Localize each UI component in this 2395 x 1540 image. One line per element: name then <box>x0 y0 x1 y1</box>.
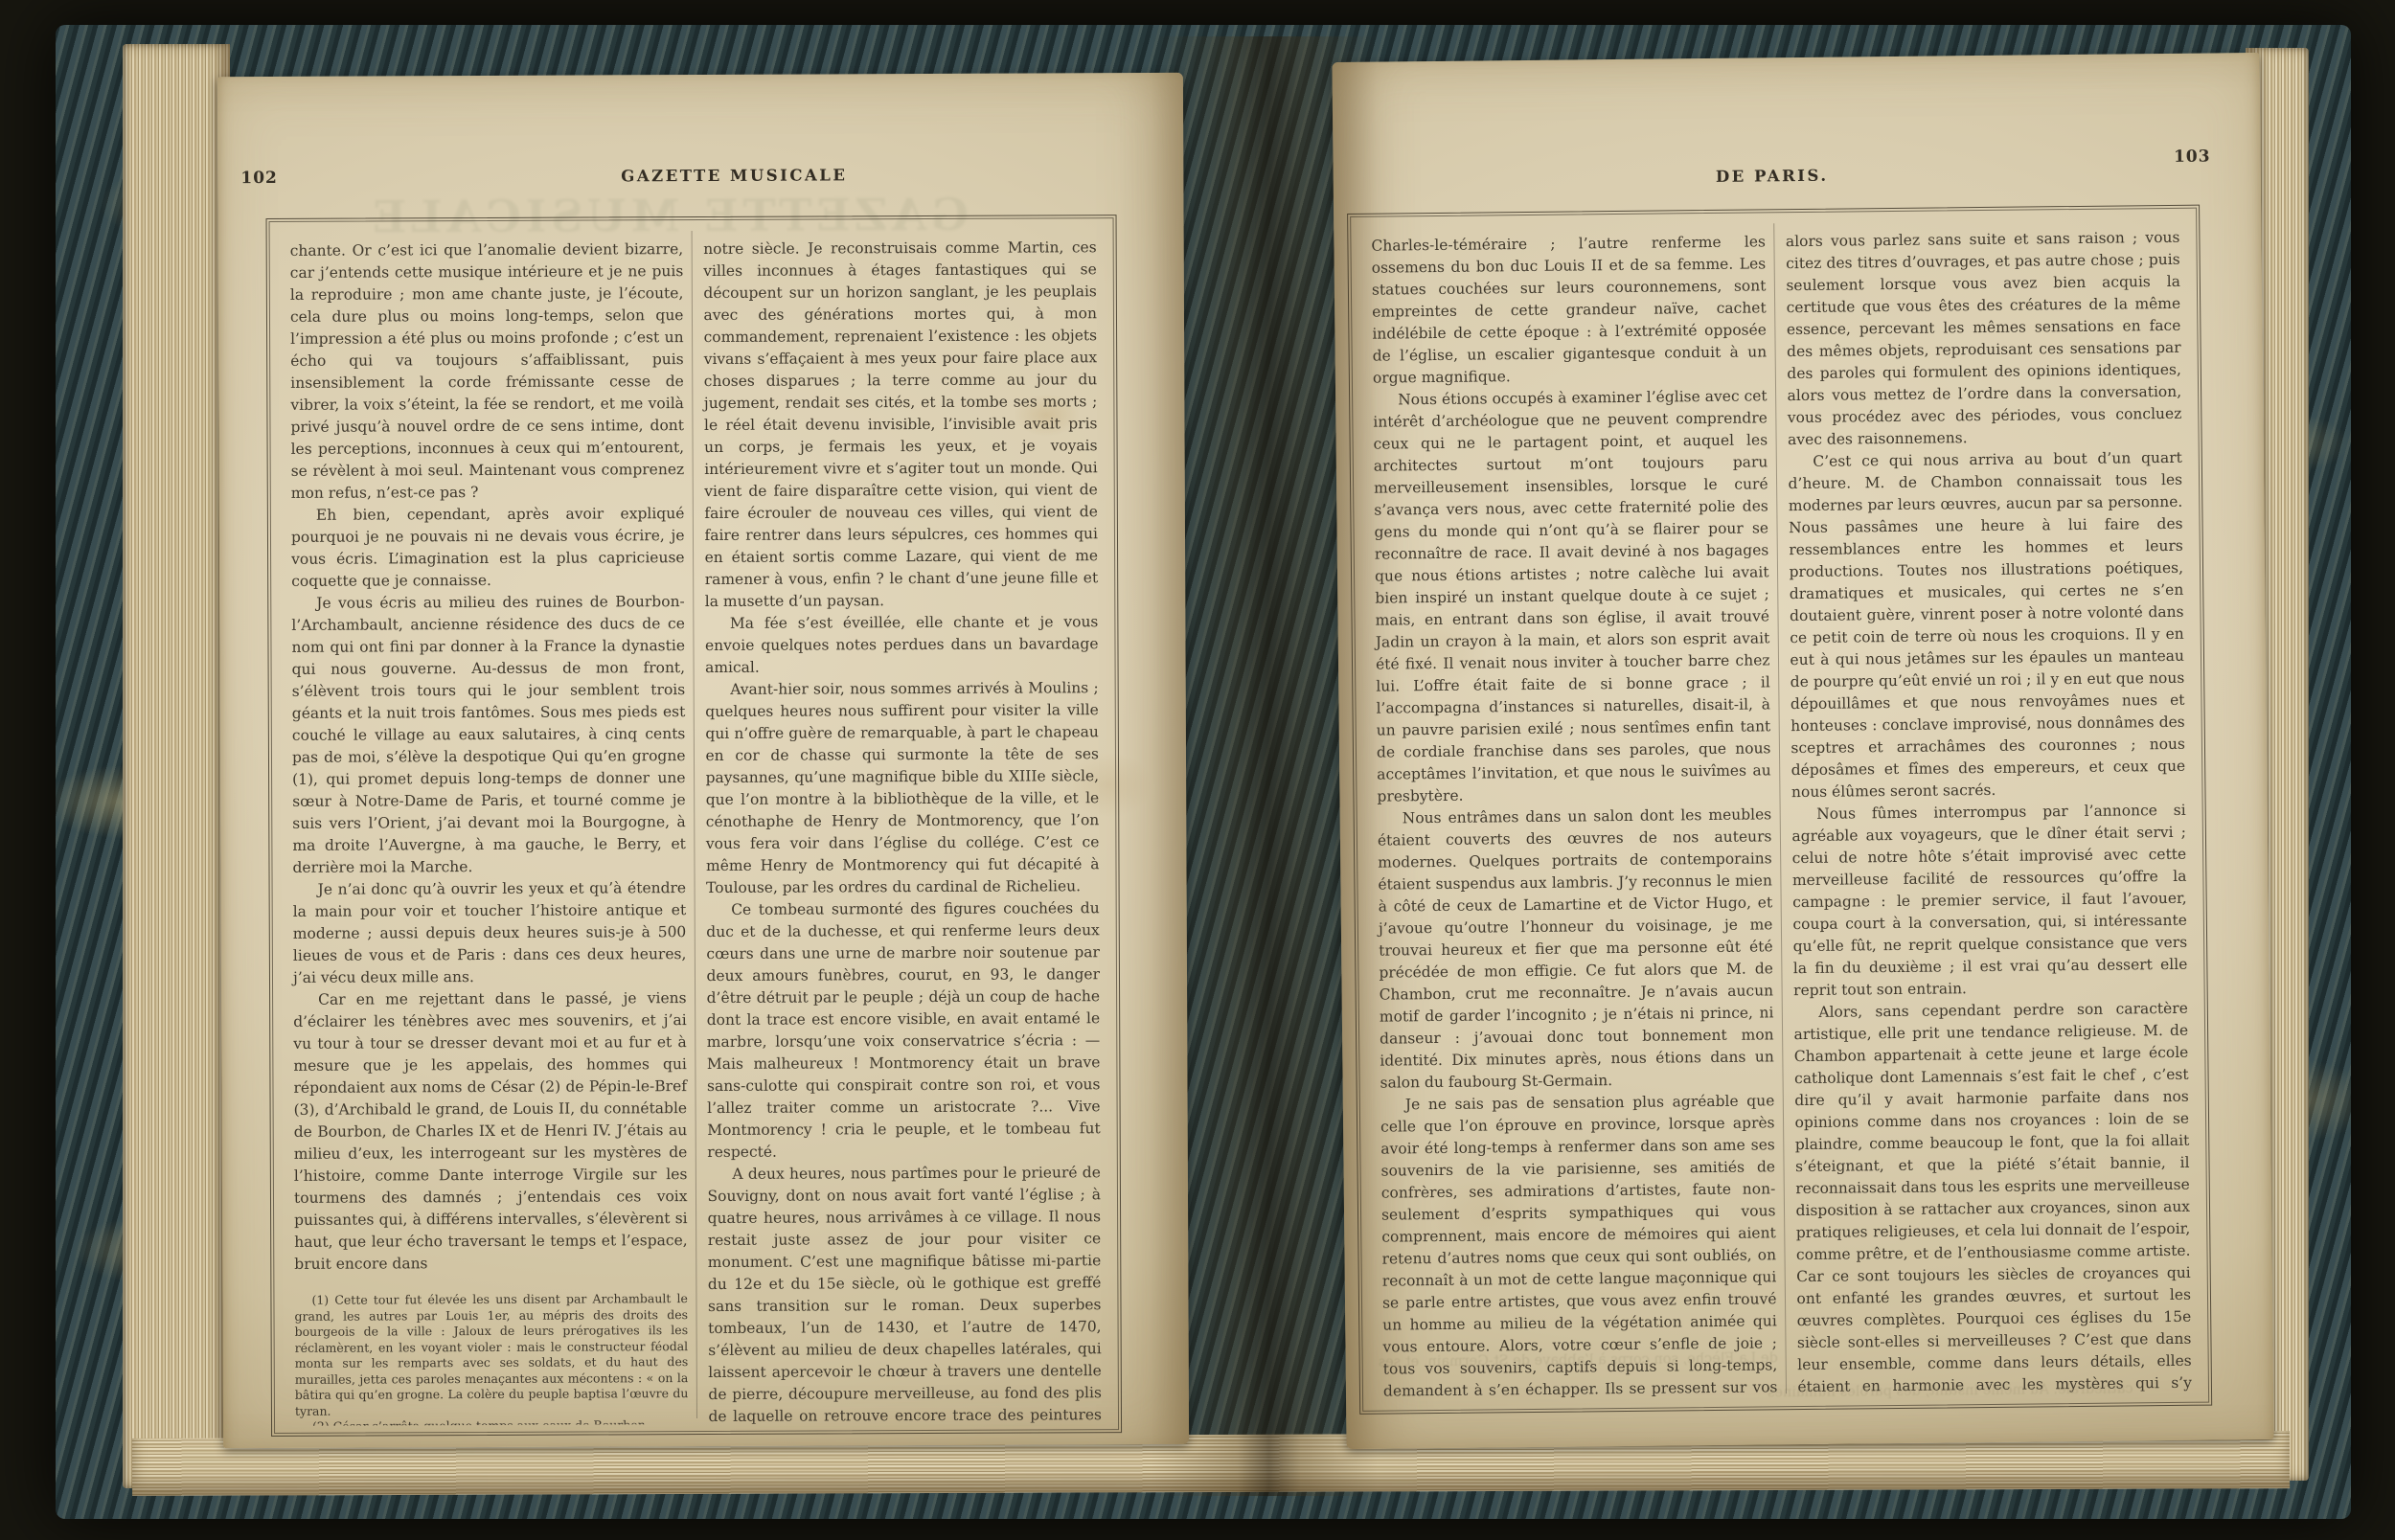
page-left: GAZETTE MUSICALE 102 GAZETTE MUSICALE ch… <box>217 73 1189 1448</box>
paragraph-block: Charles-le-téméraire ; l’autre renferme … <box>1371 231 1778 1403</box>
paragraph: Je n’ai donc qu’à ouvrir les yeux et qu’… <box>293 877 687 989</box>
paragraph-block: alors vous parlez sans suite et sans rai… <box>1786 227 2193 1399</box>
running-title: DE PARIS. <box>1347 163 2198 190</box>
text-column-2: notre siècle. Je reconstruisais comme Ma… <box>692 223 1109 1424</box>
footnote: (1) Cette tour fut élevée les uns disent… <box>294 1291 688 1419</box>
footnotes: (1) Cette tour fut élevée les uns disent… <box>294 1291 688 1426</box>
paragraph-block: chante. Or c’est ici que l’anomalie devi… <box>290 238 688 1276</box>
text-frame: Charles-le-téméraire ; l’autre renferme … <box>1347 205 2212 1415</box>
paragraph: A deux heures, nous partîmes pour le pri… <box>707 1162 1102 1424</box>
paragraph: chante. Or c’est ici que l’anomalie devi… <box>290 238 685 505</box>
footnote: (2) César s’arrêta quelque temps aux eau… <box>295 1417 689 1426</box>
paragraph: Ma fée s’est éveillée, elle chante et je… <box>705 611 1099 679</box>
page-right: 103 DE PARIS. Charles-le-téméraire ; l’a… <box>1332 53 2273 1449</box>
paragraph: C’est ce qui nous arriva au bout d’un qu… <box>1788 447 2185 804</box>
paragraph: Nous entrâmes dans un salon dont les meu… <box>1378 804 1775 1094</box>
paragraph: Nous étions occupés à examiner l’église … <box>1373 385 1771 807</box>
paragraph: Eh bien, cependant, après avoir expliqué… <box>291 503 685 593</box>
paragraph: notre siècle. Je reconstruisais comme Ma… <box>703 237 1098 613</box>
paragraph-block: notre siècle. Je reconstruisais comme Ma… <box>703 237 1102 1424</box>
text-frame: chante. Or c’est ici que l’anomalie devi… <box>266 215 1123 1437</box>
paragraph: Charles-le-téméraire ; l’autre renferme … <box>1371 231 1767 389</box>
text-column-2: alors vous parlez sans suite et sans rai… <box>1774 214 2200 1399</box>
page-edges-left <box>123 44 230 1488</box>
paragraph: Avant-hier soir, nous sommes arrivés à M… <box>705 677 1099 899</box>
running-title: GAZETTE MUSICALE <box>265 165 1158 187</box>
paragraph: alors vous parlez sans suite et sans rai… <box>1786 227 2182 451</box>
book-scan: GAZETTE MUSICALE 102 GAZETTE MUSICALE ch… <box>0 0 2395 1540</box>
paragraph: Car en me rejettant dans le passé, je vi… <box>293 987 688 1276</box>
text-column-1: Charles-le-téméraire ; l’autre renferme … <box>1359 217 1785 1403</box>
paragraph: Nous fûmes interrompus par l’annonce si … <box>1791 800 2188 1002</box>
paragraph: Je ne sais pas de sensation plus agréabl… <box>1380 1090 1779 1403</box>
text-column-1: chante. Or c’est ici que l’anomalie devi… <box>279 225 696 1426</box>
paragraph: Alors, sans cependant perdre son caractè… <box>1793 998 2193 1399</box>
paragraph: Je vous écris au milieu des ruines de Bo… <box>291 591 686 879</box>
paragraph: Ce tombeau surmonté des figures couchées… <box>706 897 1101 1164</box>
